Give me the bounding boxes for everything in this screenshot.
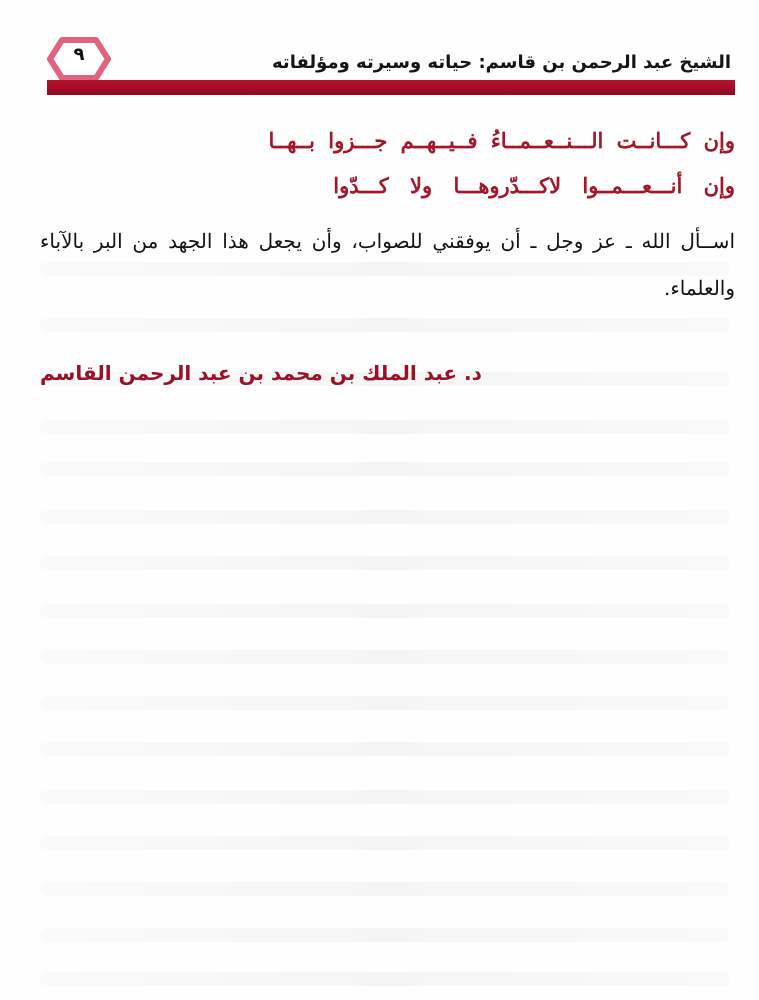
poem-verse-2: وإن أنـــعـــمــوا لاكـــدّروهـــا ولا ك… [333,173,735,198]
author-signature: د. عبد الملك بن محمد بن عبد الرحمن القاس… [40,361,482,385]
page-header: ٩ الشيخ عبد الرحمن بن قاسم: حياته وسيرته… [0,0,759,100]
page-number-badge: ٩ [47,37,111,81]
body-paragraph: اســأل الله ـ عز وجل ـ أن يوفقني للصواب،… [40,218,735,312]
poem-verse-1: وإن كـــانــت الـــنــعــمــاءُ فــيــهـ… [268,128,735,153]
book-page: ٩ الشيخ عبد الرحمن بن قاسم: حياته وسيرته… [0,0,759,1000]
page-number: ٩ [47,44,111,65]
header-rule [47,80,735,95]
running-title: الشيخ عبد الرحمن بن قاسم: حياته وسيرته و… [272,52,731,73]
